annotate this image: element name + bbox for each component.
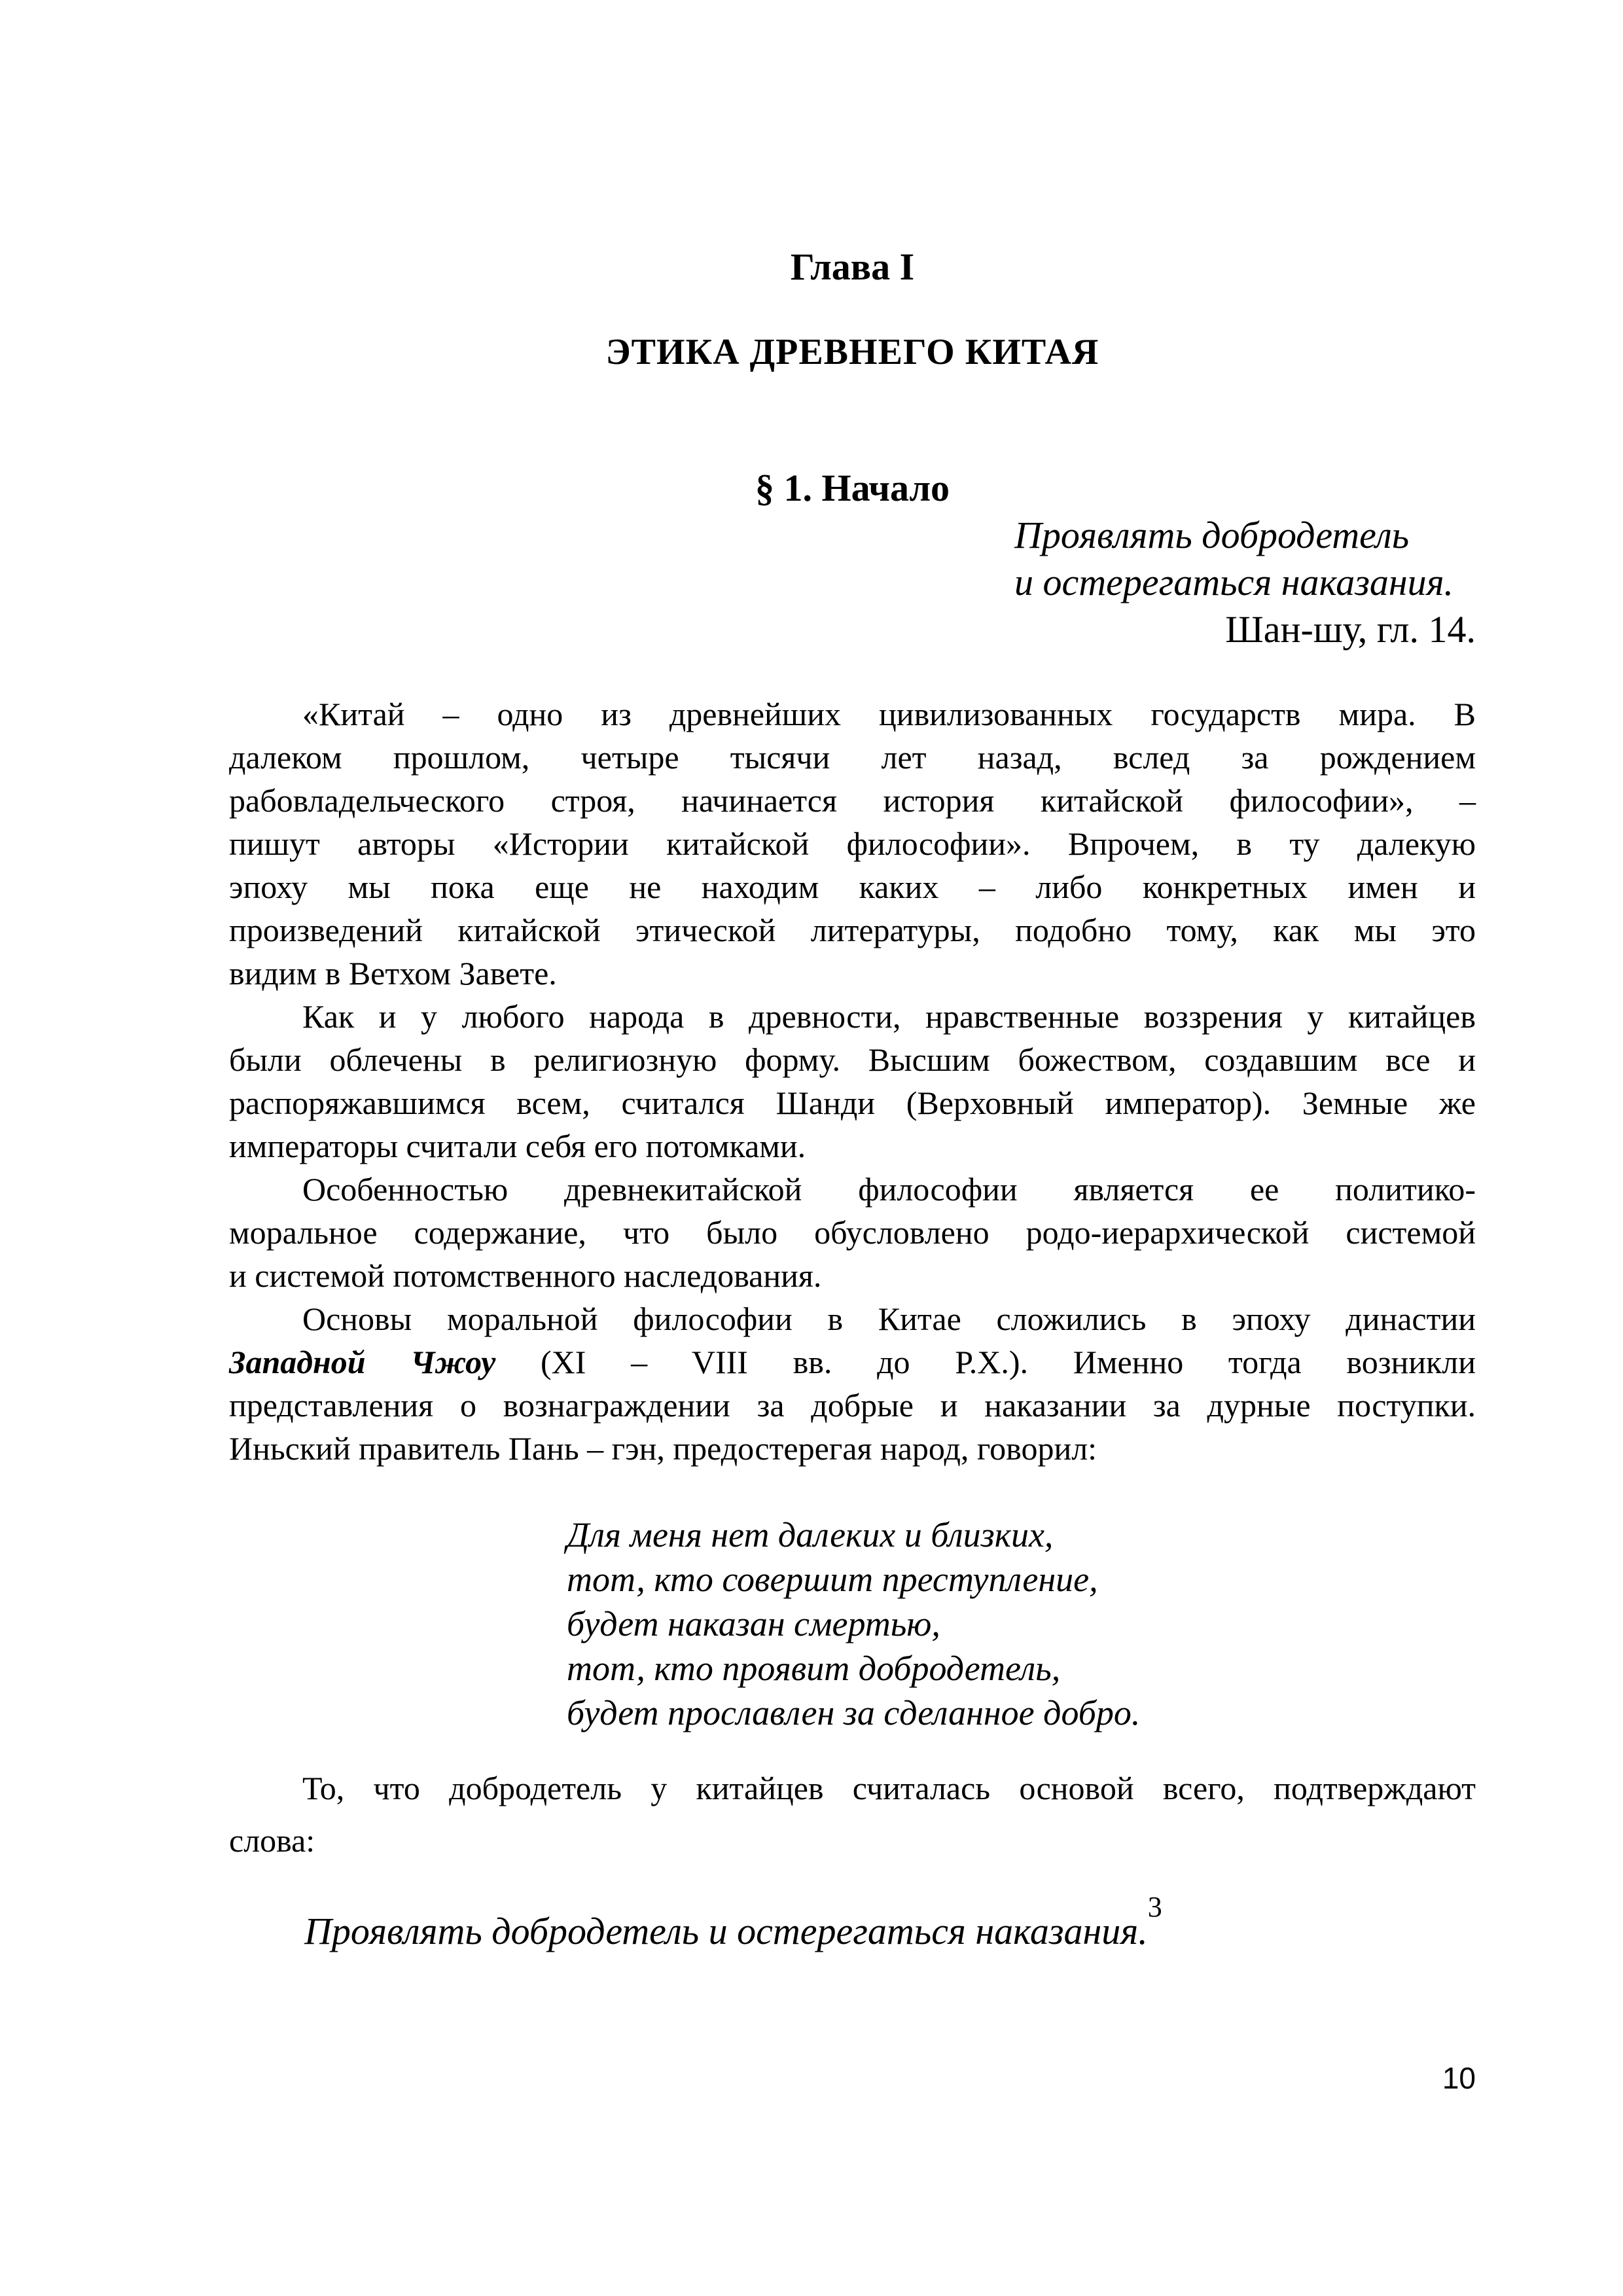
- epigraph: Проявлять добродетель и остерегаться нак…: [1014, 512, 1476, 653]
- dynasty-name-bold-italic: Западной Чжоу: [229, 1344, 495, 1380]
- paragraph-3: Особенностью древнекитайской философии я…: [229, 1168, 1476, 1297]
- epigraph-source: Шан-шу, гл. 14.: [1014, 606, 1476, 653]
- body-text: «Китай – одно из древнейших цивилизованн…: [229, 692, 1476, 1470]
- text-line: будет наказан смертью,: [567, 1602, 1352, 1646]
- document-page: Глава I ЭТИКА ДРЕВНЕГО КИТАЯ § 1. Начало…: [0, 0, 1623, 2296]
- text-line: Иньский правитель Пань – гэн, предостере…: [229, 1427, 1476, 1470]
- text-line: императоры считали себя его потомками.: [229, 1124, 1476, 1168]
- text-line: слова:: [229, 1814, 1476, 1867]
- text-line: Основы моральной философии в Китае сложи…: [229, 1297, 1476, 1340]
- paragraph-2: Как и у любого народа в древности, нравс…: [229, 995, 1476, 1168]
- text-line: распоряжавшимся всем, считался Шанди (Ве…: [229, 1081, 1476, 1124]
- closing-paragraph: То, что добродетель у китайцев считалась…: [229, 1762, 1476, 1867]
- paragraph-4: Основы моральной философии в Китае сложи…: [229, 1297, 1476, 1470]
- text-line: рабовладельческого строя, начинается ист…: [229, 779, 1476, 822]
- verse-quote: Для меня нет далеких и близких,тот, кто …: [567, 1513, 1352, 1735]
- text-line: Для меня нет далеких и близких,: [567, 1513, 1352, 1557]
- text-line: были облечены в религиозную форму. Высши…: [229, 1038, 1476, 1081]
- section-title: § 1. Начало: [229, 465, 1476, 511]
- epigraph-line: Проявлять добродетель: [1014, 512, 1476, 559]
- final-quote: Проявлять добродетель и остерегаться нак…: [304, 1910, 1476, 1953]
- text-line: будет прославлен за сделанное добро.: [567, 1691, 1352, 1735]
- paragraph-1: «Китай – одно из древнейших цивилизованн…: [229, 692, 1476, 995]
- page-number: 10: [229, 2060, 1476, 2096]
- text-line: далеком прошлом, четыре тысячи лет назад…: [229, 736, 1476, 779]
- text-line: эпоху мы пока еще не находим каких – либ…: [229, 865, 1476, 908]
- text-line: Особенностью древнекитайской философии я…: [229, 1168, 1476, 1211]
- text-line: произведений китайской этической литерат…: [229, 908, 1476, 952]
- text-line: моральное содержание, что было обусловле…: [229, 1211, 1476, 1254]
- text-line: Западной Чжоу (XI – VIII вв. до Р.Х.). И…: [229, 1340, 1476, 1384]
- paragraph-4-line-1: Основы моральной философии в Китае сложи…: [302, 1300, 1476, 1337]
- footnote-ref: 3: [1148, 1891, 1162, 1923]
- text-line: видим в Ветхом Завете.: [229, 952, 1476, 995]
- text-line: тот, кто проявит добродетель,: [567, 1646, 1352, 1691]
- chapter-label: Глава I: [229, 244, 1476, 290]
- final-quote-text: Проявлять добродетель и остерегаться нак…: [304, 1910, 1148, 1952]
- epigraph-line: и остерегаться наказания.: [1014, 559, 1476, 606]
- text-line: Как и у любого народа в древности, нравс…: [229, 995, 1476, 1038]
- chapter-title: ЭТИКА ДРЕВНЕГО КИТАЯ: [229, 329, 1476, 375]
- text-line: и системой потомственного наследования.: [229, 1254, 1476, 1297]
- text-line: тот, кто совершит преступление,: [567, 1557, 1352, 1602]
- paragraph-4-line-2-rest: (XI – VIII вв. до Р.Х.). Именно тогда во…: [495, 1344, 1476, 1380]
- text-line: пишут авторы «Истории китайской философи…: [229, 822, 1476, 865]
- text-line: То, что добродетель у китайцев считалась…: [229, 1762, 1476, 1814]
- text-line: «Китай – одно из древнейших цивилизованн…: [229, 692, 1476, 736]
- text-line: представления о вознаграждении за добрые…: [229, 1384, 1476, 1427]
